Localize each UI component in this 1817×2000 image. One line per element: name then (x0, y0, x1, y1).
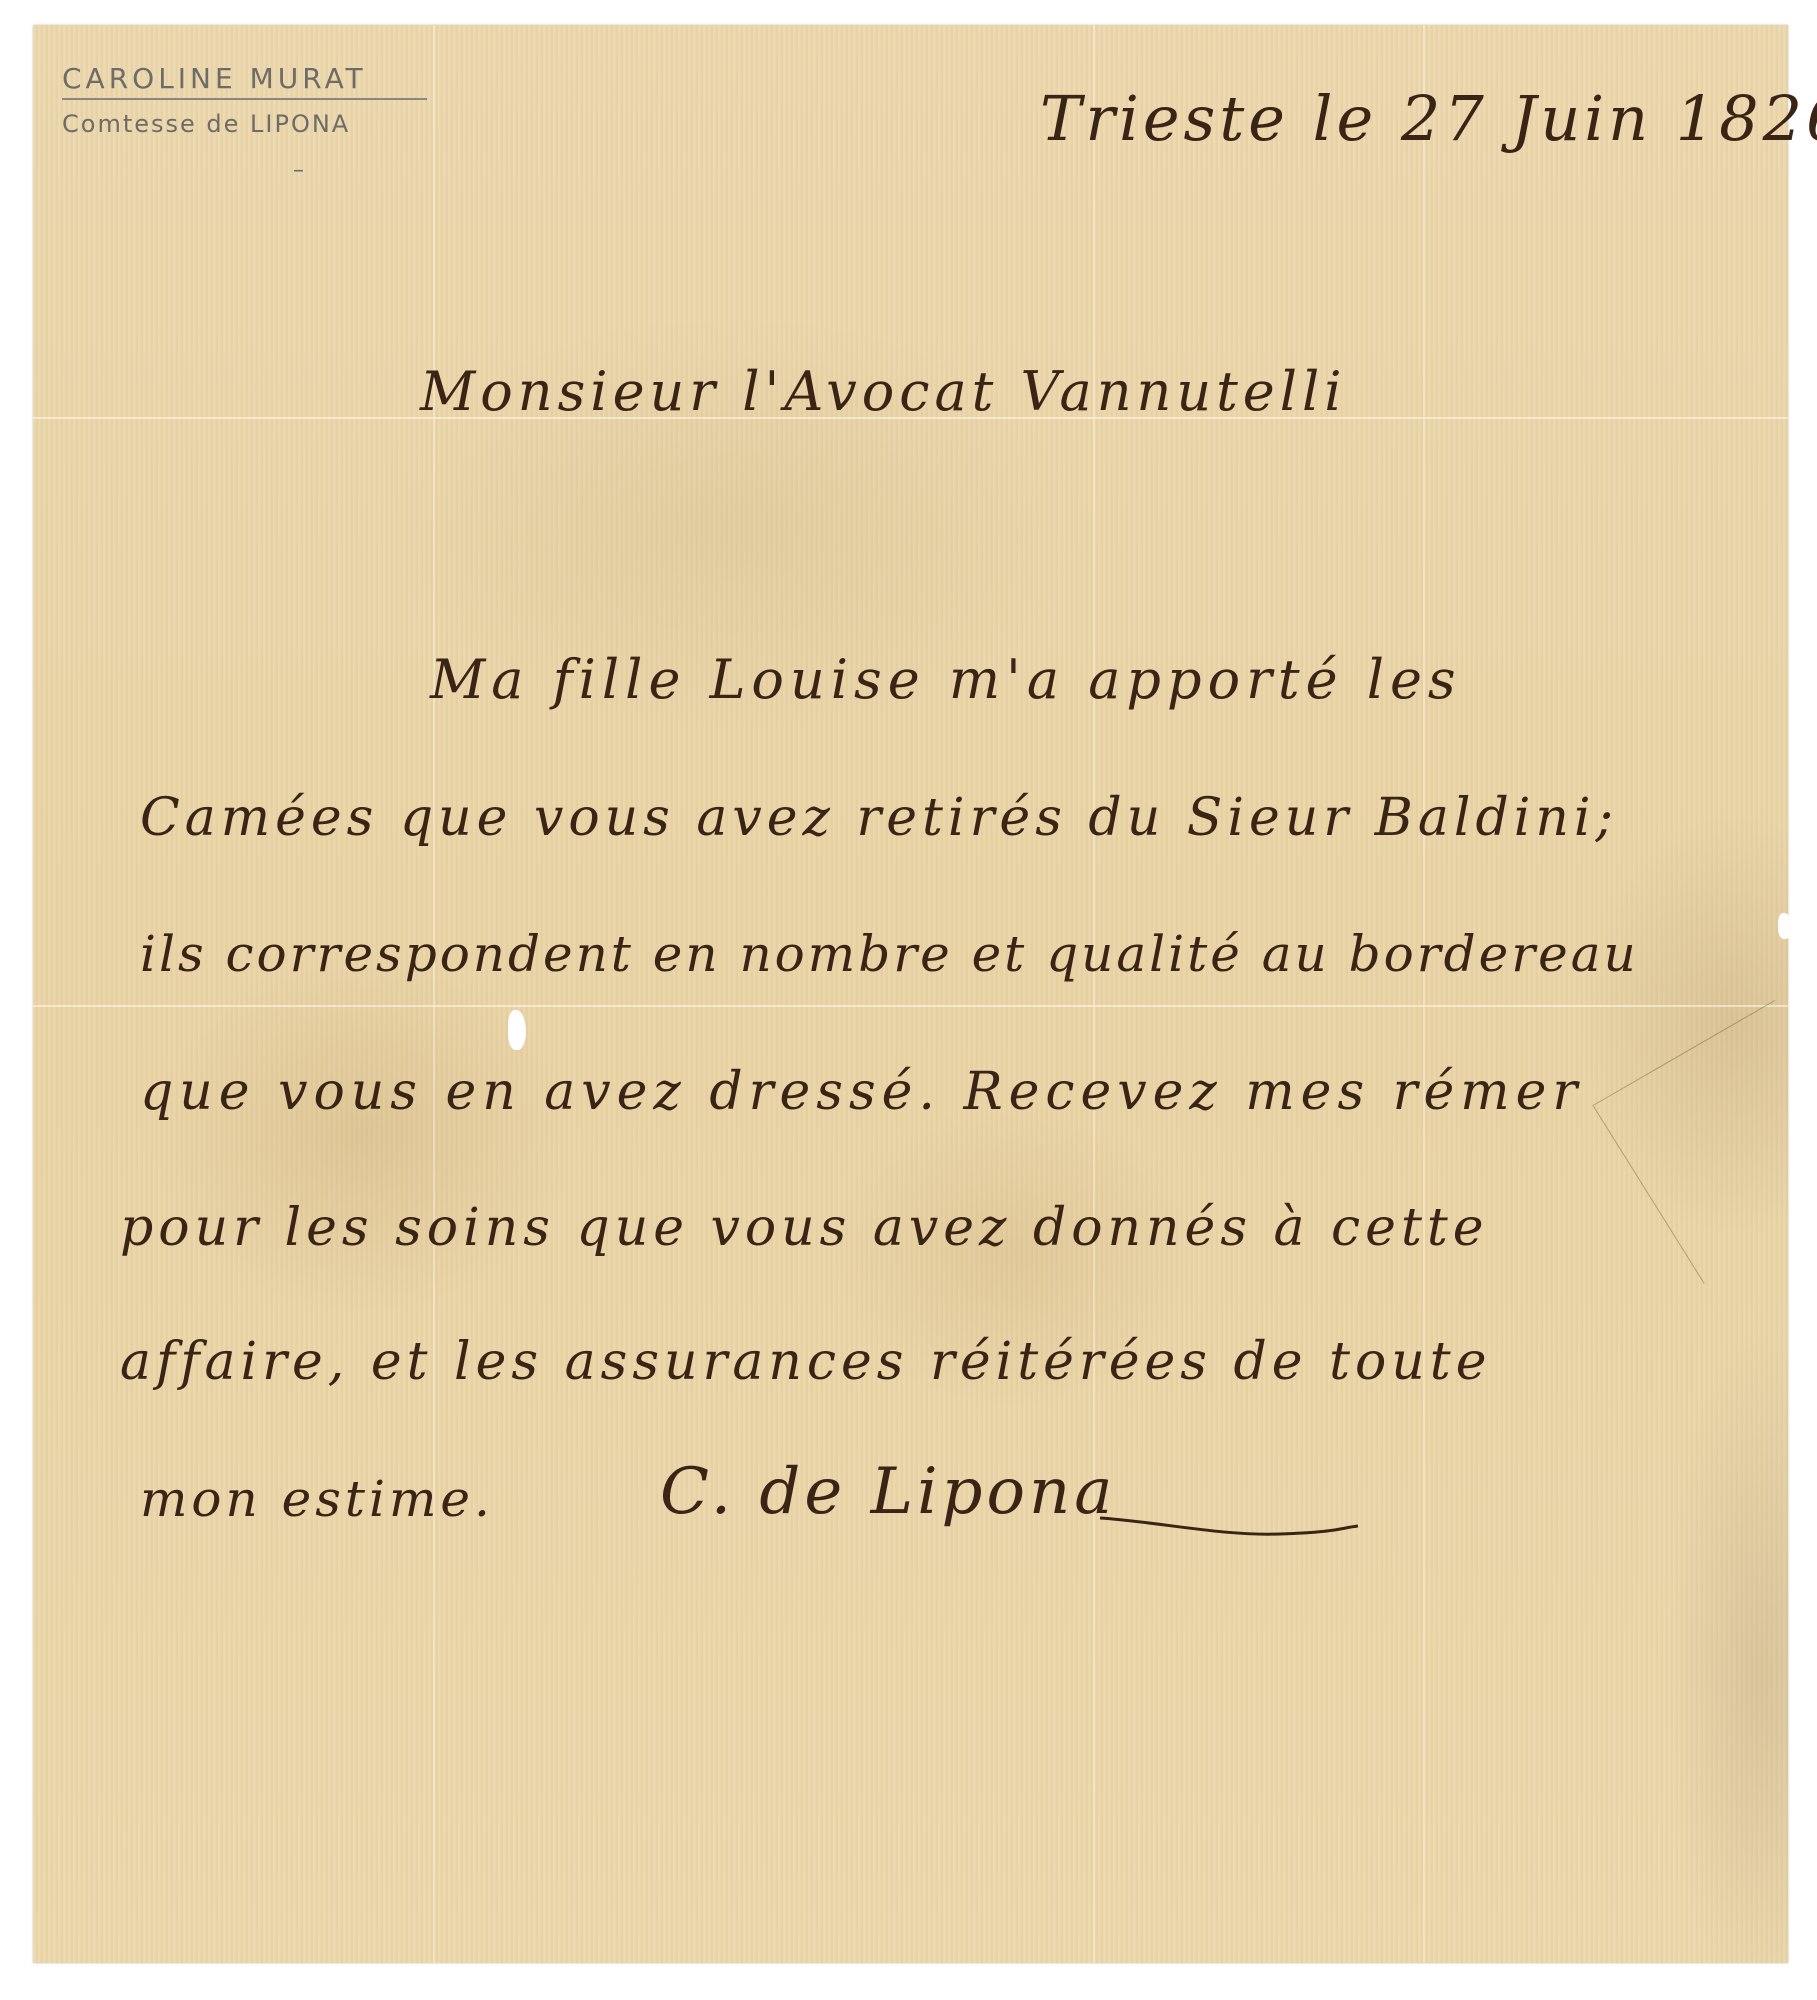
fold-line-vertical (1423, 25, 1425, 1963)
letter-body-line: pour les soins que vous avez donnés à ce… (120, 1198, 1489, 1258)
annotation-name: CAROLINE MURAT (62, 62, 367, 95)
paper-tear (1593, 1105, 1705, 1284)
annotation-mark: – (293, 158, 308, 183)
signature-flourish (1100, 1510, 1360, 1540)
fold-line-vertical (1093, 25, 1095, 1963)
fold-line-vertical (433, 25, 435, 1963)
letter-body-line: mon estime. (140, 1470, 494, 1528)
letter-body-line: que vous en avez dressé. Recevez mes rém… (140, 1062, 1583, 1122)
letter-salutation: Monsieur l'Avocat Vannutelli (420, 360, 1347, 423)
letter-body-line: Ma fille Louise m'a apporté les (430, 648, 1462, 711)
paper-hole (508, 1010, 526, 1050)
letter-body-line: Camées que vous avez retirés du Sieur Ba… (140, 788, 1618, 848)
letter-signature: C. de Lipona (660, 1455, 1116, 1529)
letter-dateline: Trieste le 27 Juin 1826 (1040, 82, 1817, 155)
annotation-underline (62, 98, 427, 100)
letter-paper (33, 25, 1788, 1963)
fold-line-horizontal (33, 1005, 1788, 1007)
paper-hole (1778, 913, 1792, 939)
paper-tear (1593, 1000, 1775, 1106)
letter-body-line: ils correspondent en nombre et qualité a… (140, 925, 1639, 983)
letter-body-line: affaire, et les assurances réitérées de … (120, 1332, 1491, 1392)
annotation-title: Comtesse de LIPONA (62, 110, 350, 138)
